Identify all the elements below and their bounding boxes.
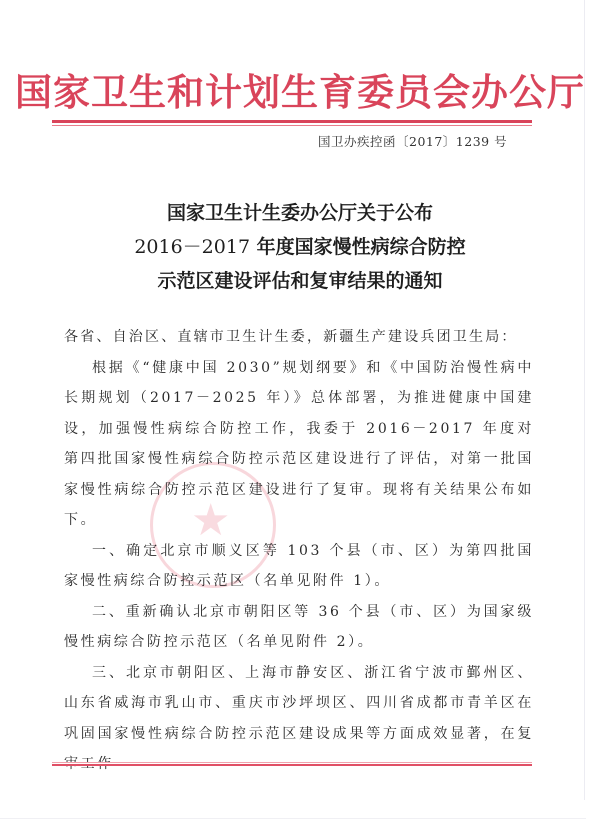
page-bottom-edge [0,818,586,819]
page-edge [584,0,585,800]
title-line-1: 国家卫生计生委办公厅关于公布 [0,196,600,230]
title-line-3: 示范区建设评估和复审结果的通知 [0,264,600,298]
footer-red-rule [52,762,532,766]
paragraph-item-2: 二、重新确认北京市朝阳区等 36 个县（市、区）为国家级慢性病综合防控示范区（名… [64,597,534,658]
salutation: 各省、自治区、直辖市卫生计生委，新疆生产建设兵团卫生局： [64,322,534,353]
letterhead-org-name: 国家卫生和计划生育委员会办公厅 [0,70,600,114]
document-title: 国家卫生计生委办公厅关于公布 2016－2017 年度国家慢性病综合防控 示范区… [0,196,600,298]
title-line-2: 2016－2017 年度国家慢性病综合防控 [0,230,600,264]
document-number: 国卫办疾控函〔2017〕1239 号 [318,132,507,150]
title-line-2-text: 年度国家慢性病综合防控 [250,236,466,258]
paragraph-item-1: 一、确定北京市顺义区等 103 个县（市、区）为第四批国家慢性病综合防控示范区（… [64,536,534,597]
letterhead-red-rule [52,120,532,126]
title-year-range: 2016－2017 [134,236,250,258]
document-body: 各省、自治区、直辖市卫生计生委，新疆生产建设兵团卫生局： 根据《“健康中国 20… [64,322,534,780]
paragraph-intro: 根据《“健康中国 2030”规划纲要》和《中国防治慢性病中长期规划（2017－2… [64,353,534,536]
